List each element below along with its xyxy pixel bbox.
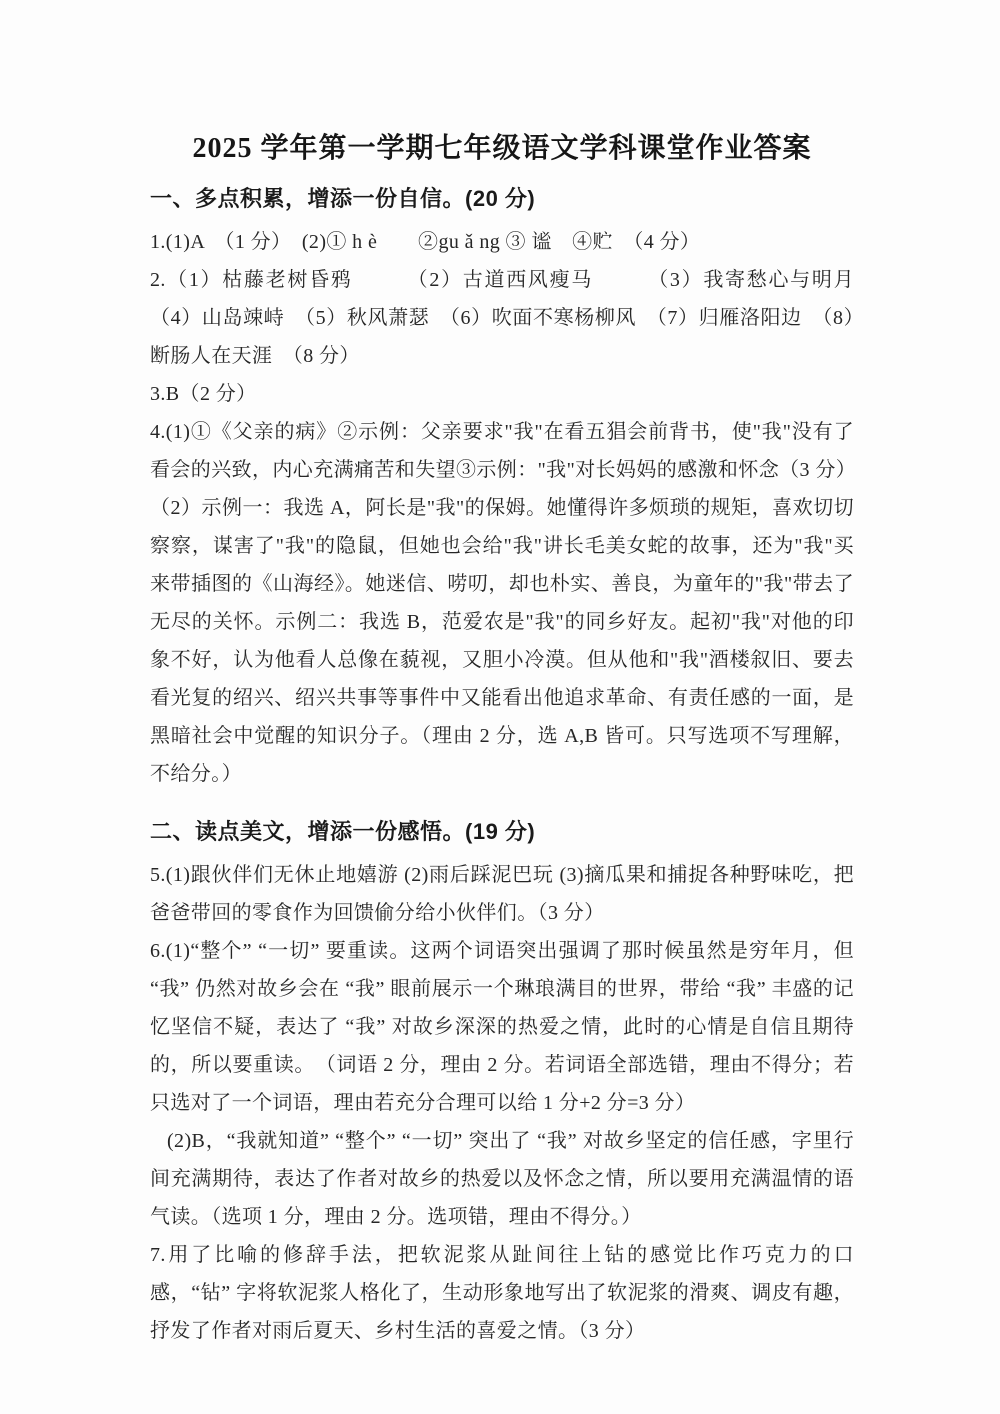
answer-q4-part1: 4.(1)①《父亲的病》②示例：父亲要求"我"在看五猖会前背书，使"我"没有了看… (150, 413, 854, 489)
answer-q1: 1.(1)A （1 分） (2)① h è ②gu ǎ ng ③ 谧 ④贮 （4… (150, 223, 854, 261)
answer-q2: 2.（1）枯藤老树昏鸦 （2）古道西风瘦马 （3）我寄愁心与明月 （4）山岛竦峙… (150, 261, 854, 375)
answer-q5: 5.(1)跟伙伴们无休止地嬉游 (2)雨后踩泥巴玩 (3)摘瓜果和捕捉各种野味吃… (150, 856, 854, 932)
section-accumulation: 一、多点积累，增添一份自信。(20 分) 1.(1)A （1 分） (2)① h… (150, 182, 854, 793)
answer-q4-part2: （2）示例一：我选 A，阿长是"我"的保姆。她懂得许多烦琐的规矩，喜欢切切察察，… (150, 489, 854, 793)
answer-q6-part1: 6.(1)“整个” “一切” 要重读。这两个词语突出强调了那时候虽然是穷年月，但… (150, 932, 854, 1122)
answer-q3: 3.B（2 分） (150, 375, 854, 413)
page-title: 2025 学年第一学期七年级语文学科课堂作业答案 (150, 126, 854, 166)
section-2-heading: 二、读点美文，增添一份感悟。(19 分) (150, 815, 854, 846)
section-1-heading: 一、多点积累，增添一份自信。(20 分) (150, 182, 854, 213)
answer-sheet-page: 2025 学年第一学期七年级语文学科课堂作业答案 一、多点积累，增添一份自信。(… (0, 0, 1000, 1414)
answer-q7: 7.用了比喻的修辞手法，把软泥浆从趾间往上钻的感觉比作巧克力的口感，“钻” 字将… (150, 1236, 854, 1350)
answer-q6-part2: (2)B，“我就知道” “整个” “一切” 突出了 “我” 对故乡坚定的信任感，… (150, 1122, 854, 1236)
section-reading: 二、读点美文，增添一份感悟。(19 分) 5.(1)跟伙伴们无休止地嬉游 (2)… (150, 815, 854, 1350)
